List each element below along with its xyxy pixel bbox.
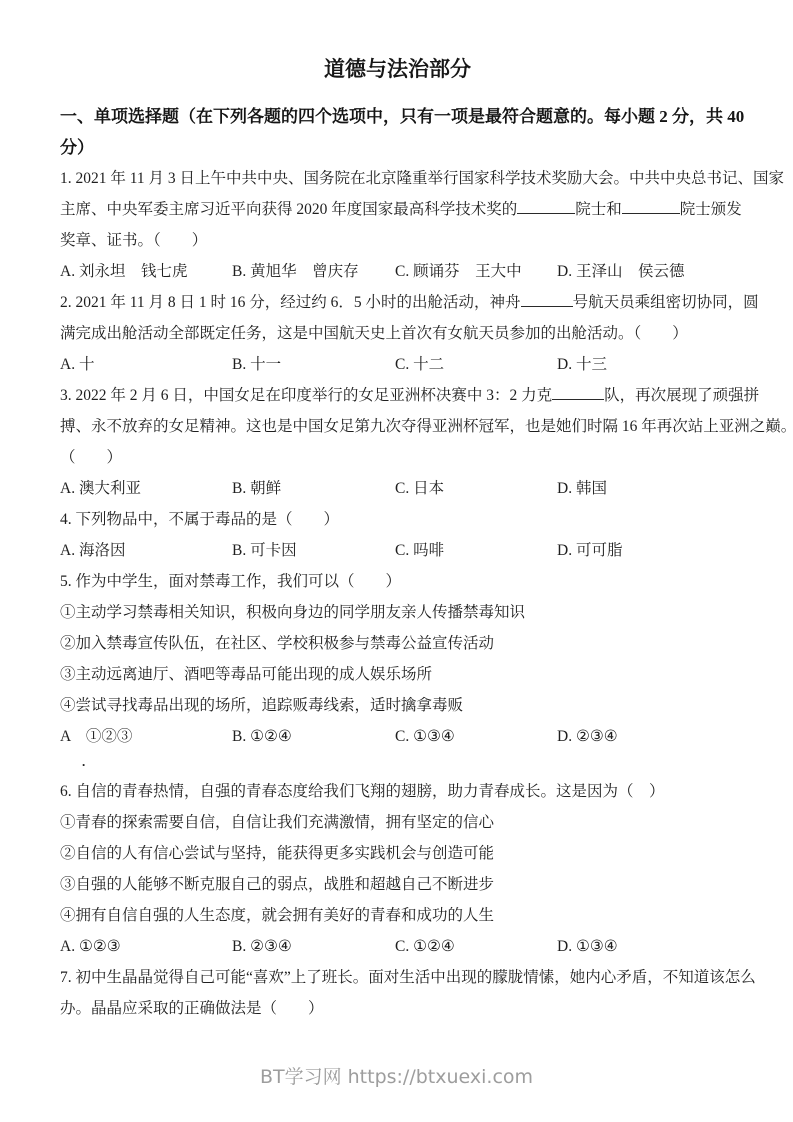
- question-6-line-1: 6. 自信的青春热情，自强的青春态度给我们飞翔的翅膀，助力青春成长。这是因为（ …: [60, 776, 735, 807]
- question-3-option-c: C. 日本: [395, 473, 557, 504]
- question-1-line-2-text-c: 院士颁发: [680, 201, 742, 218]
- question-2-fill-blank: [521, 291, 573, 307]
- question-5-option-a: A ①②③: [60, 721, 232, 752]
- question-1-option-a: A. 刘永坦 钱七虎: [60, 256, 232, 287]
- question-1-option-d: D. 王泽山 侯云德: [557, 256, 735, 287]
- question-6-option-c: C. ①②④: [395, 931, 557, 962]
- question-3-options: A. 澳大利亚 B. 朝鲜 C. 日本 D. 韩国: [60, 473, 735, 504]
- exam-page: 道德与法治部分 一、单项选择题（在下列各题的四个选项中，只有一项是最符合题意的。…: [0, 0, 793, 1122]
- question-4-option-c: C. 吗啡: [395, 535, 557, 566]
- question-5-line-1: 5. 作为中学生，面对禁毒工作，我们可以（ ）: [60, 566, 735, 597]
- question-2-option-d: D. 十三: [557, 349, 735, 380]
- question-2-line-2: 满完成出舱活动全部既定任务，这是中国航天史上首次有女航天员参加的出舱活动。（ ）: [60, 318, 735, 349]
- question-2-options: A. 十 B. 十一 C. 十二 D. 十三: [60, 349, 735, 380]
- question-5-item-4: ④尝试寻找毒品出现的场所，追踪贩毒线索，适时擒拿毒贩: [60, 690, 735, 721]
- question-2-option-c: C. 十二: [395, 349, 557, 380]
- question-5-item-2: ②加入禁毒宣传队伍，在社区、学校积极参与禁毒公益宣传活动: [60, 628, 735, 659]
- question-1-line-2-text-a: 主席、中央军委主席习近平向获得 2020 年度国家最高科学技术奖的: [60, 201, 517, 218]
- question-2-option-a: A. 十: [60, 349, 232, 380]
- question-1-option-c: C. 顾诵芬 王大中: [395, 256, 557, 287]
- question-3-option-a: A. 澳大利亚: [60, 473, 232, 504]
- question-2-line-1-text-b: 号航天员乘组密切协同，圆: [573, 294, 759, 311]
- question-4-option-a: A. 海洛因: [60, 535, 232, 566]
- question-3-line-2: 搏、永不放弃的女足精神。这也是中国女足第九次夺得亚洲杯冠军，也是她们时隔 16 …: [60, 411, 735, 442]
- question-1-fill-blank-2: [622, 198, 680, 214]
- question-3-line-1-text-b: 队，再次展现了顽强拼: [604, 387, 759, 404]
- question-5-option-c: C. ①③④: [395, 721, 557, 752]
- watermark-footer: BT学习网 https://btxuexi.com: [0, 1062, 793, 1089]
- question-4-option-d: D. 可可脂: [557, 535, 735, 566]
- question-1-options: A. 刘永坦 钱七虎 B. 黄旭华 曾庆存 C. 顾诵芬 王大中 D. 王泽山 …: [60, 256, 735, 287]
- question-1-fill-blank-1: [517, 198, 575, 214]
- question-6-item-1: ①青春的探索需要自信，自信让我们充满激情，拥有坚定的信心: [60, 807, 735, 838]
- question-5-option-d: D. ②③④: [557, 721, 735, 752]
- question-3-option-b: B. 朝鲜: [232, 473, 395, 504]
- question-6-item-4: ④拥有自信自强的人生态度，就会拥有美好的青春和成功的人生: [60, 900, 735, 931]
- question-2-option-b: B. 十一: [232, 349, 395, 380]
- question-1-line-3: 奖章、证书。（ ）: [60, 225, 735, 256]
- question-4-line-1: 4. 下列物品中，不属于毒品的是（ ）: [60, 504, 735, 535]
- question-2-line-1: 2. 2021 年 11 月 8 日 1 时 16 分，经过约 6．5 小时的出…: [60, 287, 735, 318]
- section-heading-line-2: 分）: [60, 132, 735, 163]
- question-4-options: A. 海洛因 B. 可卡因 C. 吗啡 D. 可可脂: [60, 535, 735, 566]
- question-4-option-b: B. 可卡因: [232, 535, 395, 566]
- question-1-option-b: B. 黄旭华 曾庆存: [232, 256, 395, 287]
- section-heading-line-1: 一、单项选择题（在下列各题的四个选项中，只有一项是最符合题意的。每小题 2 分，…: [60, 101, 735, 132]
- question-1-line-2: 主席、中央军委主席习近平向获得 2020 年度国家最高科学技术奖的院士和院士颁发: [60, 194, 735, 225]
- question-6-option-b: B. ②③④: [232, 931, 395, 962]
- question-2-line-1-text-a: 2. 2021 年 11 月 8 日 1 时 16 分，经过约 6．5 小时的出…: [60, 294, 521, 311]
- question-7-line-1: 7. 初中生晶晶觉得自己可能“喜欢”上了班长。面对生活中出现的朦胧情愫，她内心矛…: [60, 962, 735, 993]
- question-7-line-2: 办。晶晶应采取的正确做法是（ ）: [60, 993, 735, 1024]
- question-1-line-2-text-b: 院士和: [575, 201, 622, 218]
- question-6-item-2: ②自信的人有信心尝试与坚持，能获得更多实践机会与创造可能: [60, 838, 735, 869]
- question-5-item-1: ①主动学习禁毒相关知识，积极向身边的同学朋友亲人传播禁毒知识: [60, 597, 735, 628]
- question-3-line-1-text-a: 3. 2022 年 2 月 6 日，中国女足在印度举行的女足亚洲杯决赛中 3：2…: [60, 387, 552, 404]
- document-title: 道德与法治部分: [60, 54, 735, 84]
- question-1-line-1: 1. 2021 年 11 月 3 日上午中共中央、国务院在北京隆重举行国家科学技…: [60, 163, 735, 194]
- question-3-fill-blank: [552, 384, 604, 400]
- page-content: 道德与法治部分 一、单项选择题（在下列各题的四个选项中，只有一项是最符合题意的。…: [0, 0, 793, 1024]
- question-6-option-a: A. ①②③: [60, 931, 232, 962]
- question-5-item-3: ③主动远离迪厅、酒吧等毒品可能出现的成人娱乐场所: [60, 659, 735, 690]
- question-3-line-3: （ ）: [60, 442, 735, 473]
- question-6-item-3: ③自强的人能够不断克服自己的弱点，战胜和超越自己不断进步: [60, 869, 735, 900]
- stray-period-mark: .: [60, 752, 735, 776]
- question-3-line-1: 3. 2022 年 2 月 6 日，中国女足在印度举行的女足亚洲杯决赛中 3：2…: [60, 380, 735, 411]
- question-5-option-b: B. ①②④: [232, 721, 395, 752]
- question-3-option-d: D. 韩国: [557, 473, 735, 504]
- question-6-options: A. ①②③ B. ②③④ C. ①②④ D. ①③④: [60, 931, 735, 962]
- question-6-option-d: D. ①③④: [557, 931, 735, 962]
- question-5-options: A ①②③ B. ①②④ C. ①③④ D. ②③④: [60, 721, 735, 752]
